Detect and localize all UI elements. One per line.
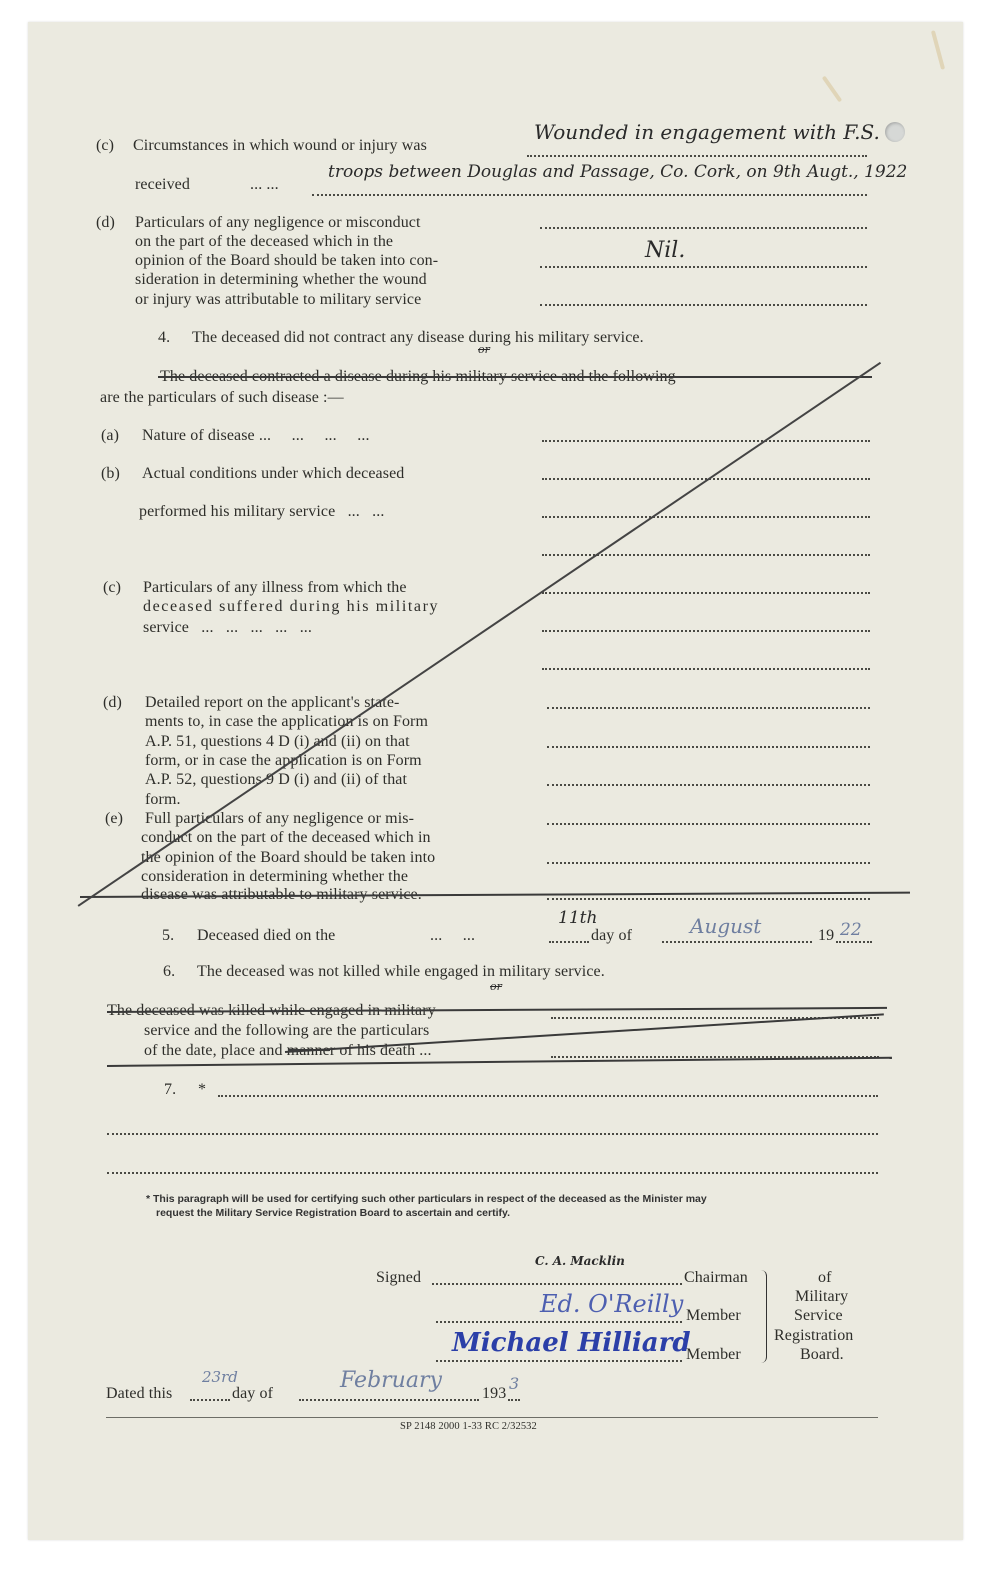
item-4c-text: Particulars of any illness from which th… — [143, 578, 407, 598]
handwritten-month: August — [690, 914, 761, 938]
item-4e-label: (e) — [105, 809, 123, 829]
answer-line — [542, 592, 870, 594]
answer-line — [107, 1133, 878, 1135]
item-4b-label: (b) — [101, 464, 120, 484]
item-4e-text: consideration in determining whether the — [141, 867, 408, 887]
chairman-label: Chairman — [684, 1268, 748, 1288]
bottom-rule — [106, 1417, 878, 1418]
member-label: Member — [686, 1306, 741, 1326]
member1-signature: Ed. O'Reilly — [540, 1290, 683, 1318]
handwritten-year: 22 — [840, 920, 862, 940]
strikethrough — [158, 376, 872, 378]
answer-line — [542, 630, 870, 632]
item-3d-text: on the part of the deceased which in the — [135, 232, 393, 252]
answer-line — [540, 227, 867, 229]
answer-line — [107, 1172, 878, 1174]
strikethrough — [288, 1049, 330, 1051]
answer-line — [527, 155, 867, 157]
item-6-statement: The deceased was not killed while engage… — [197, 962, 605, 982]
item-4-statement: The deceased did not contract any diseas… — [192, 328, 644, 348]
month-line — [662, 941, 812, 943]
member-label: Member — [686, 1345, 741, 1365]
struck-or: or — [490, 980, 502, 993]
board-label: of — [818, 1268, 832, 1288]
answer-line — [540, 266, 867, 268]
day-line — [549, 941, 589, 943]
board-label: Service — [794, 1306, 843, 1326]
handwritten-dated-month: February — [340, 1368, 442, 1393]
item-4d-text: ments to, in case the application is on … — [145, 712, 428, 732]
item-4d-text: form. — [145, 790, 181, 810]
answer-line — [540, 304, 867, 306]
answer-line — [547, 862, 870, 864]
item-4-continuation: are the particulars of such disease :— — [100, 388, 344, 408]
item-4e-text: Full particulars of any negligence or mi… — [145, 809, 414, 829]
board-label: Registration — [774, 1326, 853, 1346]
leader-dots: ... ... — [430, 926, 475, 946]
signature-line-chairman — [432, 1283, 682, 1285]
dated-day-line — [190, 1399, 230, 1401]
item-4a-text: Nature of disease ... ... ... ... — [142, 426, 370, 446]
handwritten-dated-year: 3 — [509, 1374, 519, 1393]
item-3c-text-received: received — [135, 175, 190, 195]
answer-line — [542, 554, 870, 556]
dated-year-line — [508, 1399, 520, 1401]
signature-line-member-2 — [436, 1360, 682, 1362]
item-4d-text: A.P. 51, questions 4 D (i) and (ii) on t… — [145, 732, 410, 752]
dated-label: Dated this — [106, 1384, 172, 1404]
year-prefix: 193 — [482, 1384, 506, 1404]
struck-or: or — [478, 343, 490, 356]
dated-month-line — [299, 1399, 479, 1401]
item-3d-text: sideration in determining whether the wo… — [135, 270, 427, 290]
answer-line — [547, 823, 870, 825]
year-prefix: 19 — [818, 926, 834, 946]
item-3d-text: Particulars of any negligence or miscond… — [135, 213, 421, 233]
item-4c-label: (c) — [103, 578, 121, 598]
item-4b-text: performed his military service ... ... — [139, 502, 384, 522]
item-3d-text: or injury was attributable to military s… — [135, 290, 421, 310]
answer-line — [547, 746, 870, 748]
day-of-label: day of — [232, 1384, 273, 1404]
signature-line-member-1 — [436, 1321, 682, 1323]
answer-line — [542, 440, 870, 442]
chairman-signature: C. A. Macklin — [535, 1254, 625, 1268]
answer-line — [312, 194, 867, 196]
item-4b-text: Actual conditions under which deceased — [142, 464, 404, 484]
member2-signature: Michael Hilliard — [452, 1328, 691, 1358]
day-of-label: day of — [591, 926, 632, 946]
handwritten-nil: Nil. — [645, 238, 685, 263]
footnote-line: * This paragraph will be used for certif… — [146, 1193, 707, 1206]
item-4d-text: A.P. 52, questions 9 D (i) and (ii) of t… — [145, 770, 407, 790]
item-3d-text: opinion of the Board should be taken int… — [135, 251, 438, 271]
board-label: Military — [795, 1287, 848, 1307]
footnote-marker: * — [198, 1080, 206, 1100]
answer-line — [547, 898, 870, 900]
answer-line — [547, 784, 870, 786]
item-4a-label: (a) — [101, 426, 119, 446]
paper-stain — [931, 30, 945, 70]
struck-line: service and the following are the partic… — [144, 1021, 429, 1041]
item-3c-text: Circumstances in which wound or injury w… — [133, 136, 427, 156]
item-3c-label: (c) — [96, 136, 114, 156]
answer-line — [542, 516, 870, 518]
item-3d-label: (d) — [96, 213, 115, 233]
item-4-number: 4. — [158, 328, 170, 348]
item-5-number: 5. — [162, 926, 174, 946]
item-6-number: 6. — [163, 962, 175, 982]
item-4d-text: Detailed report on the applicant's state… — [145, 693, 399, 713]
item-4d-label: (d) — [103, 693, 122, 713]
signed-label: Signed — [376, 1268, 421, 1288]
item-4c-text: service ... ... ... ... ... — [143, 618, 312, 638]
item-5-text: Deceased died on the — [197, 926, 335, 946]
leader-dots: ... ... — [250, 175, 279, 195]
footnote-line: request the Military Service Registratio… — [156, 1207, 510, 1220]
handwritten-day: 11th — [558, 908, 597, 928]
answer-line — [547, 707, 870, 709]
item-7-number: 7. — [164, 1080, 176, 1100]
item-4e-text: conduct on the part of the deceased whic… — [141, 828, 431, 848]
answer-line — [218, 1095, 878, 1097]
year-line — [836, 941, 872, 943]
answer-line — [542, 668, 870, 670]
paper-stain — [822, 76, 842, 103]
handwritten-circumstances-1: Wounded in engagement with F.S. — [534, 120, 880, 144]
item-4c-text: deceased suffered during his military — [143, 597, 439, 617]
punch-hole — [885, 122, 905, 142]
item-4e-text: the opinion of the Board should be taken… — [141, 848, 435, 868]
print-code: SP 2148 2000 1-33 RC 2/32532 — [400, 1420, 537, 1434]
handwritten-circumstances-2: troops between Douglas and Passage, Co. … — [328, 162, 907, 182]
bracket — [760, 1270, 767, 1363]
board-label: Board. — [800, 1345, 844, 1365]
